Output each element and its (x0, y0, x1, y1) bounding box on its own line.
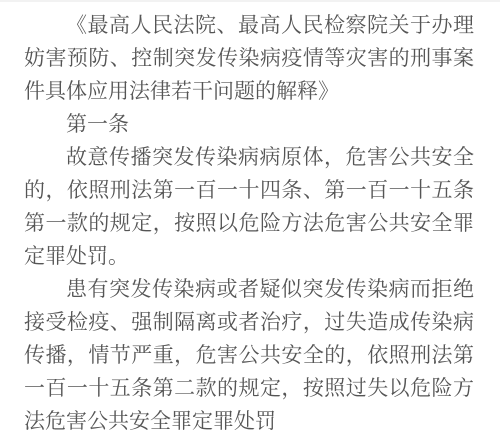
document-body: 《最高人民法院、最高人民检察院关于办理妨害预防、控制突发传染病疫情等灾害的刑事案… (24, 9, 474, 438)
document-title: 《最高人民法院、最高人民检察院关于办理妨害预防、控制突发传染病疫情等灾害的刑事案… (24, 9, 474, 108)
article-clause-1: 故意传播突发传染病病原体，危害公共安全的，依照刑法第一百一十四条、第一百一十五条… (24, 141, 474, 273)
document-page: 《最高人民法院、最高人民检察院关于办理妨害预防、控制突发传染病疫情等灾害的刑事案… (0, 0, 500, 447)
article-number: 第一条 (24, 108, 474, 141)
article-clause-2: 患有突发传染病或者疑似突发传染病而拒绝接受检疫、强制隔离或者治疗，过失造成传染病… (24, 273, 474, 438)
